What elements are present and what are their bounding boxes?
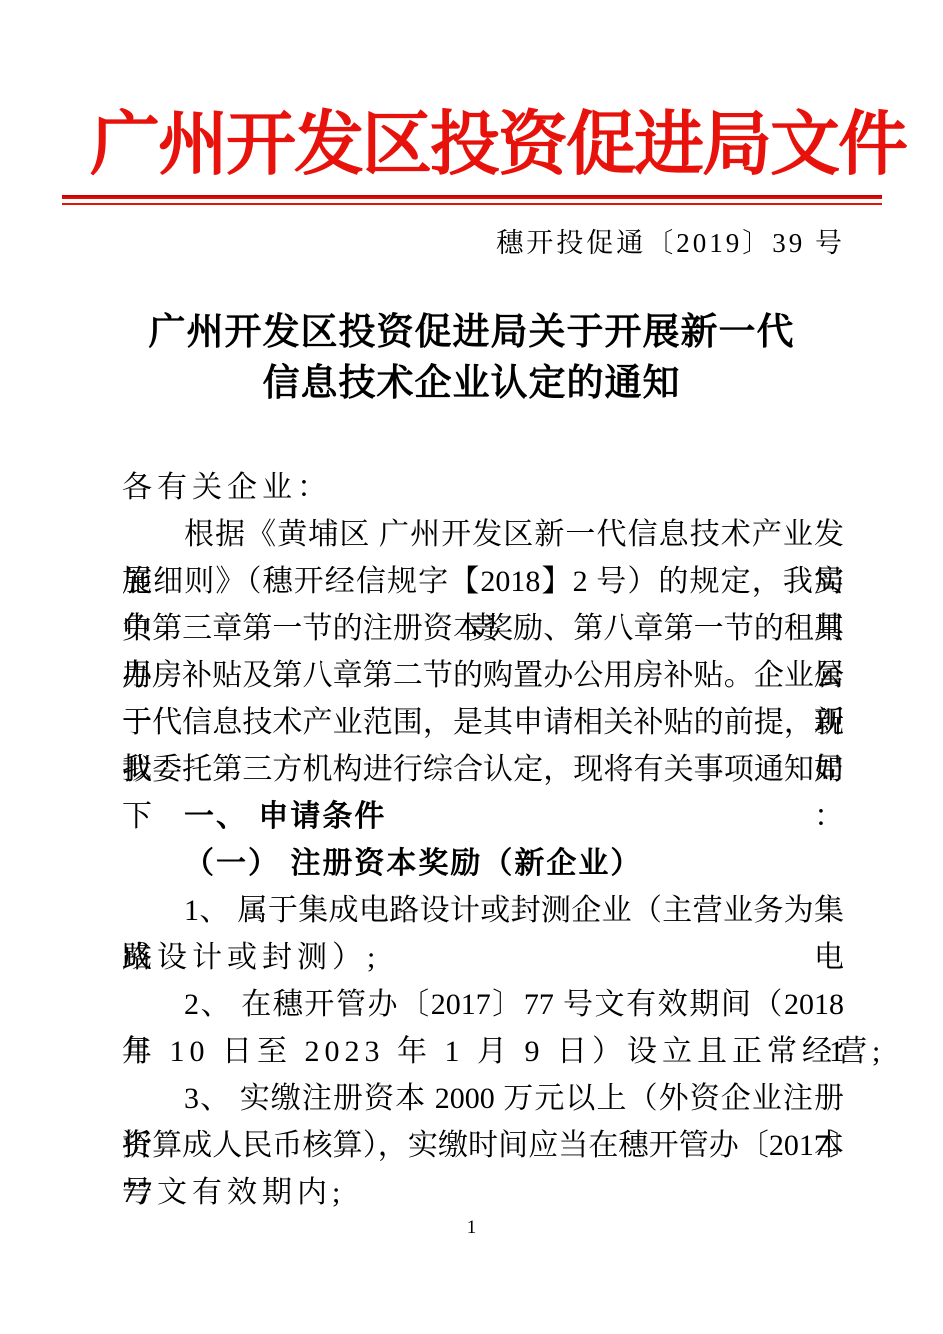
page-number: 1	[0, 1216, 943, 1240]
body-line: 3、 实缴注册资本 2000 万元以上（外资企业注册资本	[122, 1075, 844, 1122]
letterhead-divider-thick	[62, 195, 882, 199]
body-line: 月 10 日至 2023 年 1 月 9 日）设立且正常经营;	[122, 1028, 844, 1075]
letterhead-divider-thin	[62, 203, 882, 205]
body-line: 用房补贴及第八章第二节的购置办公用房补贴。企业属于新	[122, 652, 844, 699]
body-line: 1、 属于集成电路设计或封测企业（主营业务为集成电	[122, 887, 844, 934]
body-line: 2、 在穗开管办〔2017〕77 号文有效期间（2018 年 1	[122, 981, 844, 1028]
document-body: 各有关企业：根据《黄埔区 广州开发区新一代信息技术产业发展实施细则》（穗开经信规…	[122, 464, 844, 1216]
body-line: 根据《黄埔区 广州开发区新一代信息技术产业发展实	[122, 511, 844, 558]
body-line: 中第三章第一节的注册资本奖励、第八章第一节的租用办公	[122, 605, 844, 652]
document-title: 广州开发区投资促进局关于开展新一代 信息技术企业认定的通知	[0, 306, 943, 408]
document-page: 广州开发区投资促进局文件 穗开投促通〔2019〕39 号 广州开发区投资促进局关…	[0, 0, 943, 1334]
body-line: 一代信息技术产业范围，是其申请相关补贴的前提，现我局	[122, 699, 844, 746]
document-title-line1: 广州开发区投资促进局关于开展新一代	[0, 306, 943, 357]
document-number: 穗开投促通〔2019〕39 号	[496, 227, 845, 259]
letterhead-title: 广州开发区投资促进局文件	[90, 96, 856, 196]
body-line: 各有关企业：	[122, 464, 844, 511]
body-line: 拟委托第三方机构进行综合认定，现将有关事项通知如下：	[122, 746, 844, 793]
body-line: 折算成人民币核算），实缴时间应当在穗开管办〔2017〕77	[122, 1122, 844, 1169]
body-line: 号文有效期内;	[122, 1169, 844, 1216]
body-line: 施细则》（穗开经信规字【2018】2 号）的规定，我局负责其	[122, 558, 844, 605]
body-line: （一） 注册资本奖励（新企业）	[122, 840, 844, 887]
document-title-line2: 信息技术企业认定的通知	[0, 357, 943, 408]
